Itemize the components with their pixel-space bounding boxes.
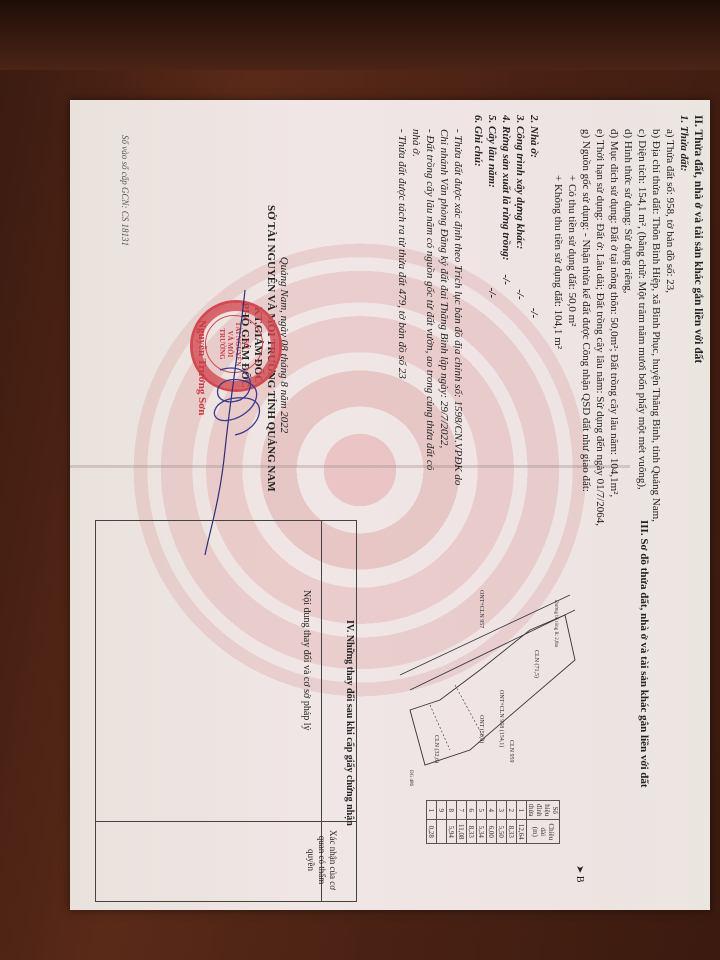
table-row: 55,34 [477,801,487,844]
item-1-title: 1. Thửa đất: [677,115,691,526]
vertex-length-table: Số hiệu đỉnh thửa Chiều dài (m) 112,6428… [442,800,562,910]
item-4-forest: 4. Rừng sản xuất là rừng trồng:-/- [499,115,513,526]
table-row: 112,64 [517,801,527,844]
north-arrow-icon: ➤ B [574,865,585,883]
usage-origin: g) Nguồn gốc sử dụng: - Nhận thừa kế đất… [579,115,593,526]
svg-text:CLN 959: CLN 959 [508,740,514,763]
parcel-diagram: ONT+CLN 958 (154,1) ONT (50,0) CLN (71,5… [380,550,620,810]
svg-text:ONT+CLN 957: ONT+CLN 957 [478,590,484,628]
section-2-title: II. Thửa đất, nhà ở và tài sản khác gắn … [691,115,705,526]
table-row: 35,50 [497,801,507,844]
svg-text:ĐG 486: ĐG 486 [408,770,413,786]
section-4-title: IV. Những thay đổi sau khi cấp giấy chứn… [344,620,355,826]
section-4-col-confirm: Xác nhận của cơ quan có thẩm quyền [305,825,338,895]
table-row: 85,94 [447,801,457,844]
item-2-house: 2. Nhà ở:-/- [527,115,541,526]
certificate-register-number: Số vào sổ cấp GCN: CS 18131 [120,135,130,246]
table-row: 711,08 [457,801,467,844]
note-2b: nhà ở. [409,115,423,526]
handwritten-signature [150,280,310,560]
header-vertex: Số hiệu đỉnh thửa [527,801,560,820]
wooden-table-edge [0,0,720,70]
item-6-notes: 6. Ghi chú: [471,115,485,526]
origin-paid: + Có thu tiền sử dụng đất: 50,0 m² [565,115,579,526]
note-3: - Thửa đất được tách ra từ thửa đất 479,… [395,115,409,526]
note-1: - Thửa đất được xác định theo Trích lục … [451,115,465,526]
item-3-construction: 3. Công trình xây dựng khác:-/- [513,115,527,526]
signer-name: Nguyễn Trường Sơn [196,320,208,415]
table-row: 10,28 [427,801,437,844]
svg-text:Đường bê tông R: 2,8m: Đường bê tông R: 2,8m [553,600,558,648]
svg-text:CLN (32,6): CLN (32,6) [433,735,440,763]
parcel-address: b) Địa chỉ thửa đất: Thôn Bình Hiệp, xã … [649,115,663,526]
usage-purpose: đ) Mục đích sử dụng: Đất ở tại nông thôn… [607,115,621,526]
usage-term: e) Thời hạn sử dụng: Đất ở: Lâu dài; Đất… [593,115,607,526]
svg-text:ONT+CLN 958 (154,1): ONT+CLN 958 (154,1) [498,690,505,747]
section-2-block: II. Thửa đất, nhà ở và tài sản khác gắn … [395,115,705,526]
svg-text:CLN (71,5): CLN (71,5) [533,650,540,678]
svg-text:ONT (50,0): ONT (50,0) [478,715,485,743]
parcel-number: a) Thửa đất số: 958, tờ bản đồ số: 23, [663,115,677,526]
section-4-col-content: Nội dung thay đổi và cơ sở pháp lý [301,590,312,731]
note-1b: Chi nhánh Văn phòng Đăng ký đất đai Thăn… [437,115,451,526]
origin-free: + Không thu tiền sử dụng đất: 104,1 m² [551,115,565,526]
table-row: 9 [437,801,447,844]
note-2: - Đất trồng cây lâu năm có nguồn gốc từ … [423,115,437,526]
parcel-area: c) Diện tích: 154,1 m², (bằng chữ: Một t… [635,115,649,526]
item-5-perennial: 5. Cây lâu năm:-/- [485,115,499,526]
header-length: Chiều dài (m) [527,820,560,844]
table-row: 46,00 [487,801,497,844]
table-row: 28,33 [507,801,517,844]
section-3-title: III. Sơ đồ thửa đất, nhà ở và tài sản kh… [638,520,650,788]
table-row: 68,33 [467,801,477,844]
usage-form: d) Hình thức sử dụng: Sử dụng riêng, [621,115,635,526]
